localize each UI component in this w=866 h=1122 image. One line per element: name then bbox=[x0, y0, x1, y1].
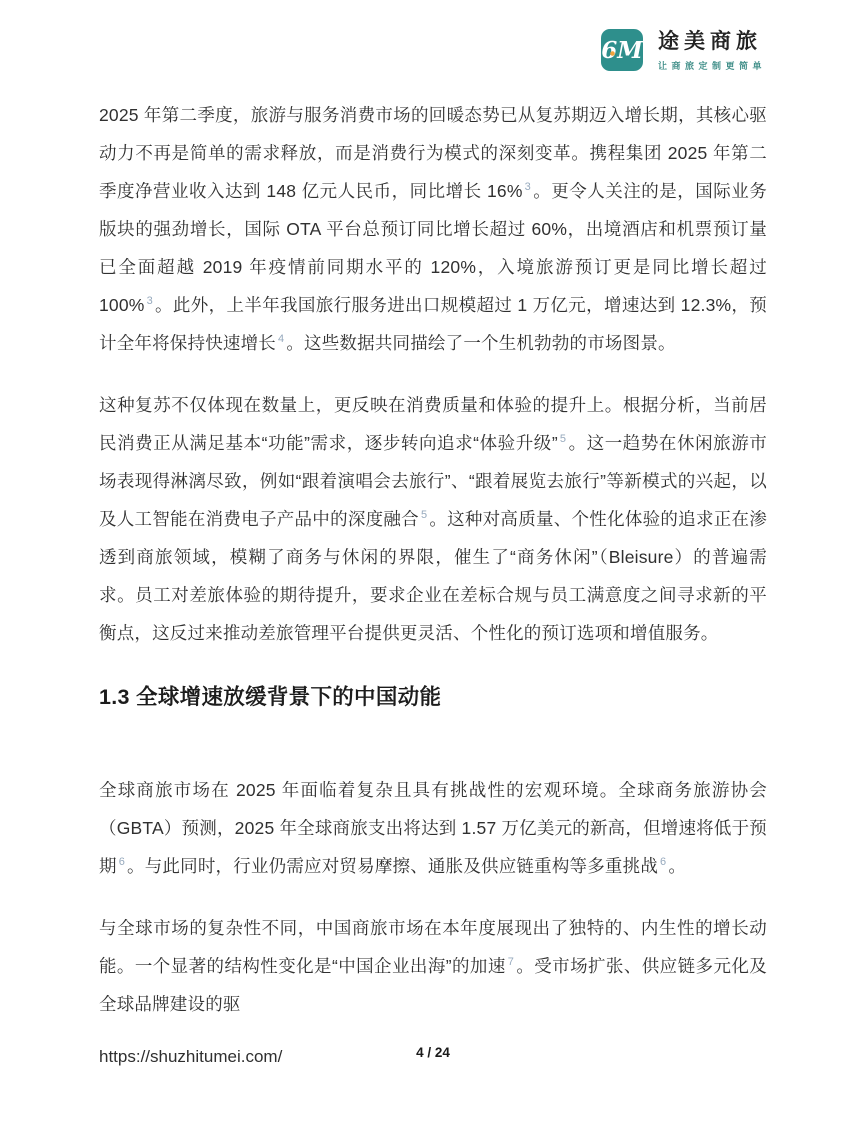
footnote-ref[interactable]: 3 bbox=[147, 295, 153, 307]
footnote-ref[interactable]: 6 bbox=[119, 856, 125, 868]
footnote-ref[interactable]: 5 bbox=[560, 433, 566, 445]
text-run: 。 bbox=[668, 856, 686, 876]
document-page: 6M 途美商旅 让商旅定制更简单 2025 年第二季度，旅游与服务消费市场的回暖… bbox=[0, 0, 866, 1122]
section-heading: 1.3 全球增速放缓背景下的中国动能 bbox=[99, 680, 767, 711]
footnote-ref[interactable]: 6 bbox=[660, 856, 666, 868]
paragraph: 全球商旅市场在 2025 年面临着复杂且具有挑战性的宏观环境。全球商务旅游协会（… bbox=[99, 771, 767, 885]
footnote-ref[interactable]: 3 bbox=[525, 181, 531, 193]
text-run: 。这种对高质量、个性化体验的追求正在渗透到商旅领域，模糊了商务与休闲的界限，催生… bbox=[99, 509, 767, 643]
text-run: 。与此同时，行业仍需应对贸易摩擦、通胀及供应链重构等多重挑战 bbox=[127, 856, 658, 876]
document-body: 2025 年第二季度，旅游与服务消费市场的回暖态势已从复苏期迈入增长期，其核心驱… bbox=[99, 0, 767, 1067]
paragraph: 与全球市场的复杂性不同，中国商旅市场在本年度展现出了独特的、内生性的增长动能。一… bbox=[99, 909, 767, 1023]
text-run: 。这些数据共同描绘了一个生机勃勃的市场图景。 bbox=[286, 333, 675, 353]
paragraph: 2025 年第二季度，旅游与服务消费市场的回暖态势已从复苏期迈入增长期，其核心驱… bbox=[99, 96, 767, 362]
intro-paragraphs: 2025 年第二季度，旅游与服务消费市场的回暖态势已从复苏期迈入增长期，其核心驱… bbox=[99, 96, 767, 652]
footnote-ref[interactable]: 7 bbox=[508, 956, 514, 968]
paragraph: 这种复苏不仅体现在数量上，更反映在消费质量和体验的提升上。根据分析，当前居民消费… bbox=[99, 386, 767, 652]
section-paragraphs: 全球商旅市场在 2025 年面临着复杂且具有挑战性的宏观环境。全球商务旅游协会（… bbox=[99, 771, 767, 1023]
page-number: 4 / 24 bbox=[0, 1045, 866, 1060]
footnote-ref[interactable]: 5 bbox=[421, 509, 427, 521]
footnote-ref[interactable]: 4 bbox=[278, 333, 284, 345]
